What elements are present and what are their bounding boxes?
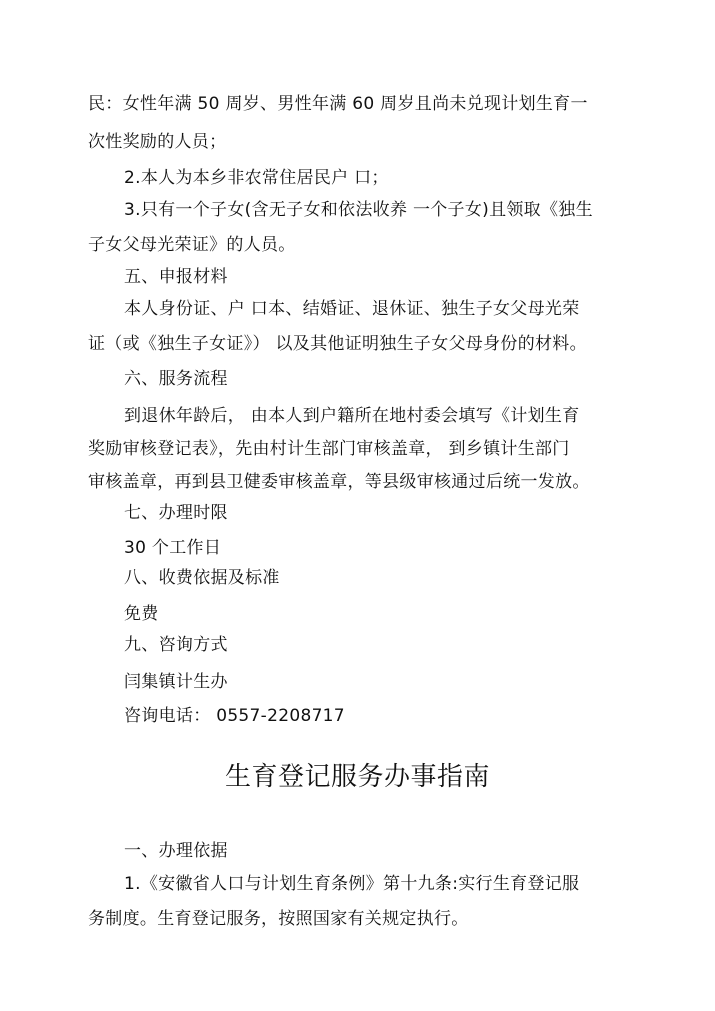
- section-heading: 九、咨询方式: [124, 634, 228, 656]
- paragraph-line: 审核盖章，再到县卫健委审核盖章，等县级审核通过后统一发放。: [88, 471, 590, 493]
- contact-phone: 咨询电话： 0557-2208717: [124, 705, 345, 727]
- paragraph-line: 次性奖励的人员；: [88, 131, 226, 153]
- section-heading: 五、申报材料: [124, 266, 228, 288]
- paragraph-line: 到退休年龄后， 由本人到户籍所在地村委会填写《计划生育: [124, 405, 580, 427]
- section-heading: 一、办理依据: [124, 840, 228, 862]
- paragraph-line: 务制度。生育登记服务，按照国家有关规定执行。: [88, 908, 469, 930]
- paragraph-line: 奖励审核登记表》，先由村计生部门审核盖章， 到乡镇计生部门: [88, 438, 570, 460]
- document-page: 民：女性年满 50 周岁、男性年满 60 周岁且尚未兑现计划生育一 次性奖励的人…: [0, 0, 715, 1011]
- paragraph-line: 证（或《独生子女证》） 以及其他证明独生子女父母身份的材料。: [88, 333, 587, 355]
- section-heading: 七、办理时限: [124, 502, 228, 524]
- paragraph-line: 闫集镇计生办: [124, 671, 228, 693]
- section-heading: 六、服务流程: [124, 368, 228, 390]
- paragraph-line: 子女父母光荣证》的人员。: [88, 234, 296, 256]
- paragraph-line: 30 个工作日: [124, 537, 221, 559]
- paragraph-line: 本人身份证、户 口本、结婚证、退休证、独生子女父母光荣: [124, 298, 580, 320]
- paragraph-line: 免费: [124, 603, 159, 625]
- paragraph-line: 1.《安徽省人口与计划生育条例》第十九条:实行生育登记服: [124, 873, 579, 895]
- list-item: 3.只有一个子女(含无子女和依法收养 一个子女)且领取《独生: [124, 199, 593, 221]
- section-title: 生育登记服务办事指南: [0, 760, 715, 794]
- section-heading: 八、收费依据及标准: [124, 567, 280, 589]
- paragraph-line: 民：女性年满 50 周岁、男性年满 60 周岁且尚未兑现计划生育一: [88, 93, 588, 115]
- list-item: 2.本人为本乡非农常住居民户 口；: [124, 167, 389, 189]
